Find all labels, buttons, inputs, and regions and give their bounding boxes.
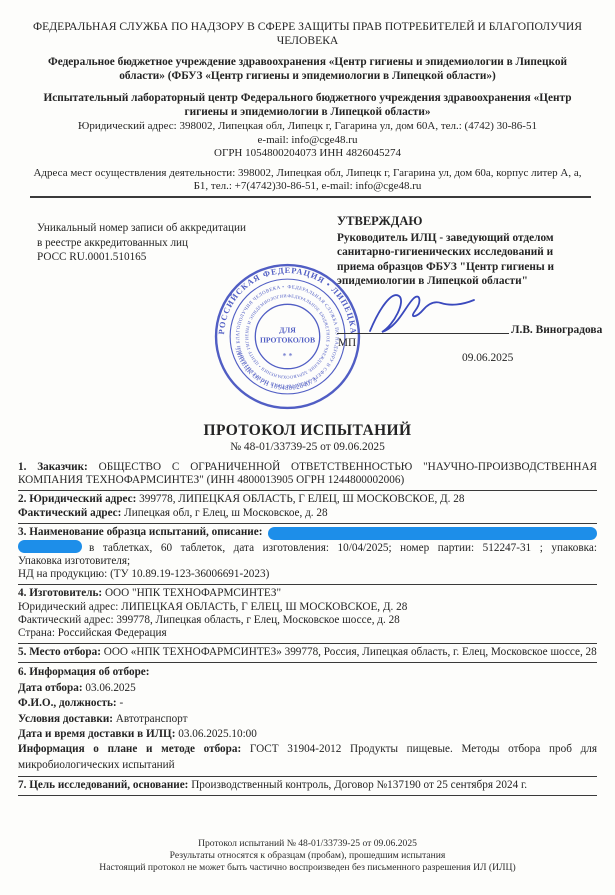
section6-row-value: - [119,697,123,709]
section-sample: 3. Наименование образца испытаний, описа… [18,524,597,586]
stamp-center-line1: ДЛЯ [279,325,296,334]
page-footer: Протокол испытаний № 48-01/33739-25 от 0… [0,838,615,875]
section-sampling-place: 5. Место отбора: ООО «НПК ТЕХНОФАРМСИНТЕ… [18,644,597,663]
section-manufacturer: 4. Изготовитель: ООО "НПК ТЕХНОФАРМСИНТЕ… [18,585,597,644]
section5-value: ООО «НПК ТЕХНОФАРМСИНТЕЗ» 399778, Россия… [104,646,597,658]
section-customer: 1. Заказчик: ОБЩЕСТВО С ОГРАНИЧЕННОЙ ОТВ… [18,459,597,491]
section4-line2: Юридический адрес: ЛИПЕЦКАЯ ОБЛАСТЬ, Г Е… [18,601,597,614]
signature-line [337,333,509,334]
approval-date: 09.06.2025 [462,352,513,365]
footer-line3: Настоящий протокол не может быть частичн… [0,862,615,874]
section6-row-label: Ф.И.О., должность: [18,697,117,709]
section3-label: 3. Наименование образца испытаний, описа… [18,526,262,539]
activity-addresses: Адреса мест осуществления деятельности: … [28,167,587,193]
stamp-center-line2: ПРОТОКОЛОВ [260,336,315,345]
approver-name: Л.В. Виноградова [511,324,602,337]
section2-legal-value: 399778, ЛИПЕЦКАЯ ОБЛАСТЬ, Г ЕЛЕЦ, Ш МОСК… [139,493,464,505]
protocol-sections: 1. Заказчик: ОБЩЕСТВО С ОГРАНИЧЕННОЙ ОТВ… [18,459,597,796]
section7-value: Производственный контроль, Договор №1371… [191,779,527,791]
section2-fact-value: Липецкая обл, г Елец, ш Московское, д. 2… [124,507,327,519]
section4-label: 4. Изготовитель: [18,587,102,599]
approval-role: Руководитель ИЛЦ - заведующий отделом са… [337,231,593,289]
section6-row-label: Условия доставки: [18,713,113,725]
section6-row-label: Дата и время доставки в ИЛЦ: [18,728,175,740]
protocol-title-block: ПРОТОКОЛ ИСПЫТАНИЙ № 48-01/33739-25 от 0… [0,422,615,455]
section6-row-label: Информация о плане и методе отбора: [18,743,241,755]
legal-address: Юридический адрес: 398002, Липецкая обл,… [28,120,587,133]
signature-scribble [362,287,480,339]
section3-line2: в таблетках, 60 таблеток, дата изготовле… [89,542,597,554]
seal-mark-label: МП [338,337,356,350]
section6-header: 6. Информация об отборе: [18,665,597,680]
accreditation-line2: в реестре аккредитованных лиц [37,236,277,251]
section4-line4: Страна: Российская Федерация [18,627,597,640]
section-sampling-info: 6. Информация об отборе: Дата отбора: 03… [18,663,597,777]
header-divider [30,196,591,198]
section-purpose: 7. Цель исследований, основание: Произво… [18,777,597,796]
section2-fact-label: Фактический адрес: [18,507,121,519]
section5-label: 5. Место отбора: [18,646,101,658]
email: e-mail: info@cge48.ru [28,134,587,147]
document-page: ФЕДЕРАЛЬНАЯ СЛУЖБА ПО НАДЗОРУ В СФЕРЕ ЗА… [0,0,615,895]
section2-legal-label: 2. Юридический адрес: [18,493,136,505]
section6-row-value: 03.06.2025 [85,682,135,694]
section4-value: ООО "НПК ТЕХНОФАРМСИНТЕЗ" [105,587,281,599]
ogrn-inn: ОГРН 1054800204073 ИНН 4826045274 [28,147,587,160]
approval-title: УТВЕРЖДАЮ [337,214,593,229]
protocol-number: № 48-01/33739-25 от 09.06.2025 [0,440,615,455]
agency-name: ФЕДЕРАЛЬНАЯ СЛУЖБА ПО НАДЗОРУ В СФЕРЕ ЗА… [28,20,587,48]
redaction-bar [18,540,82,553]
section4-line3: Фактический адрес: 399778, Липецкая обла… [18,614,597,627]
section1-label: 1. Заказчик: [18,461,88,473]
section6-row-value: 03.06.2025.10:00 [178,728,257,740]
lab-center-name: Испытательный лабораторный центр Федерал… [28,91,587,119]
section3-line3: Упаковка изготовителя; [18,555,597,568]
footer-line1: Протокол испытаний № 48-01/33739-25 от 0… [0,838,615,850]
approval-zone: Уникальный номер записи об аккредитации … [0,205,615,423]
section6-row-label: Дата отбора: [18,682,83,694]
org-header: ФЕДЕРАЛЬНАЯ СЛУЖБА ПО НАДЗОРУ В СФЕРЕ ЗА… [28,20,587,193]
section7-label: 7. Цель исследований, основание: [18,779,188,791]
section6-row-value: Автотранспорт [116,713,188,725]
redaction-bar [268,527,597,540]
section-legal-address: 2. Юридический адрес: 399778, ЛИПЕЦКАЯ О… [18,491,597,523]
stamp-stars: * * [282,352,292,361]
section3-line4: НД на продукцию: (ТУ 10.89.19-123-360066… [18,568,597,581]
accreditation-line1: Уникальный номер записи об аккредитации [37,221,277,236]
approval-block: УТВЕРЖДАЮ Руководитель ИЛЦ - заведующий … [337,214,593,289]
accreditation-number: Уникальный номер записи об аккредитации … [37,221,277,265]
footer-line2: Результаты относятся к образцам (пробам)… [0,850,615,862]
protocol-title: ПРОТОКОЛ ИСПЫТАНИЙ [0,422,615,440]
org-name: Федеральное бюджетное учреждение здравоо… [28,55,587,83]
section1-value: ОБЩЕСТВО С ОГРАНИЧЕННОЙ ОТВЕТСТВЕННОСТЬЮ… [18,461,597,486]
